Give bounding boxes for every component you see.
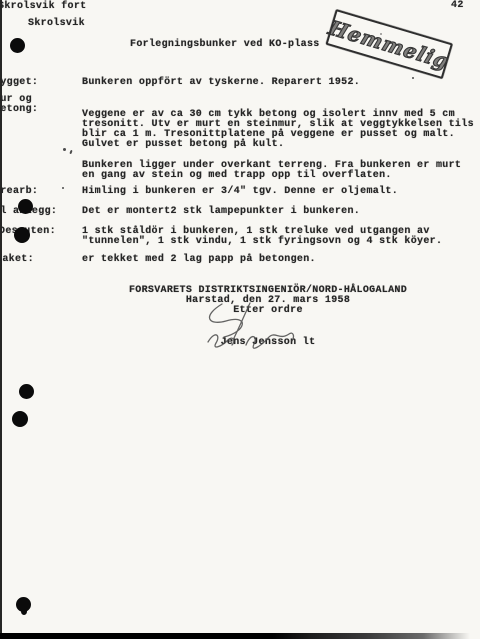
hemmelig-secret-stamp: Hemmelig <box>325 9 452 79</box>
hole-punch <box>14 227 30 243</box>
section-label-taket: Taket: <box>0 255 34 265</box>
hole-punch <box>10 38 25 53</box>
fort-name: Skrolsvik fort <box>0 2 87 12</box>
section-label-bygget: Bygget: <box>0 78 38 88</box>
page-number: 42 <box>451 1 464 11</box>
section-text-dessuten: 1 stk ståldör i bunkeren, 1 stk treluke … <box>82 227 442 247</box>
section-text-taket: er tekket med 2 lag papp på betongen. <box>82 255 316 265</box>
section-text-bygget: Bunkeren oppfört av tyskerne. Reparert 1… <box>82 78 360 88</box>
scanned-document-page: Skrolsvik fort Skrolsvik Forlegningsbunk… <box>0 0 480 639</box>
section-label-trearb: Trearb: <box>0 187 38 197</box>
ink-speck <box>380 33 382 35</box>
section-text-el-anlegg: Det er montert2 stk lampepunkter i bunke… <box>82 207 360 217</box>
scan-bottom-edge-bar <box>0 633 470 639</box>
hole-punch <box>21 608 27 615</box>
hole-punch <box>12 411 28 427</box>
ink-speck <box>69 150 72 154</box>
section-text-mur-paragraph1: Veggene er av ca 30 cm tykk betong og is… <box>82 110 474 150</box>
ink-speck <box>412 77 414 79</box>
hole-punch <box>19 384 34 399</box>
ink-speck <box>62 187 64 189</box>
document-title: Forlegningsbunker ved KO-plass <box>130 40 320 50</box>
hole-punch <box>18 199 33 214</box>
stamp-text: Hemmelig <box>326 15 453 73</box>
ink-speck <box>63 148 66 151</box>
handwritten-signature <box>150 300 360 352</box>
section-text-mur-paragraph2: Bunkeren ligger under overkant terreng. … <box>82 161 461 181</box>
location-name: Skrolsvik <box>28 19 85 29</box>
section-label-mur-og-betong: Mur og betong: <box>0 95 38 115</box>
section-text-trearb: Himling i bunkeren er 3/4" tgv. Denne er… <box>82 187 398 197</box>
